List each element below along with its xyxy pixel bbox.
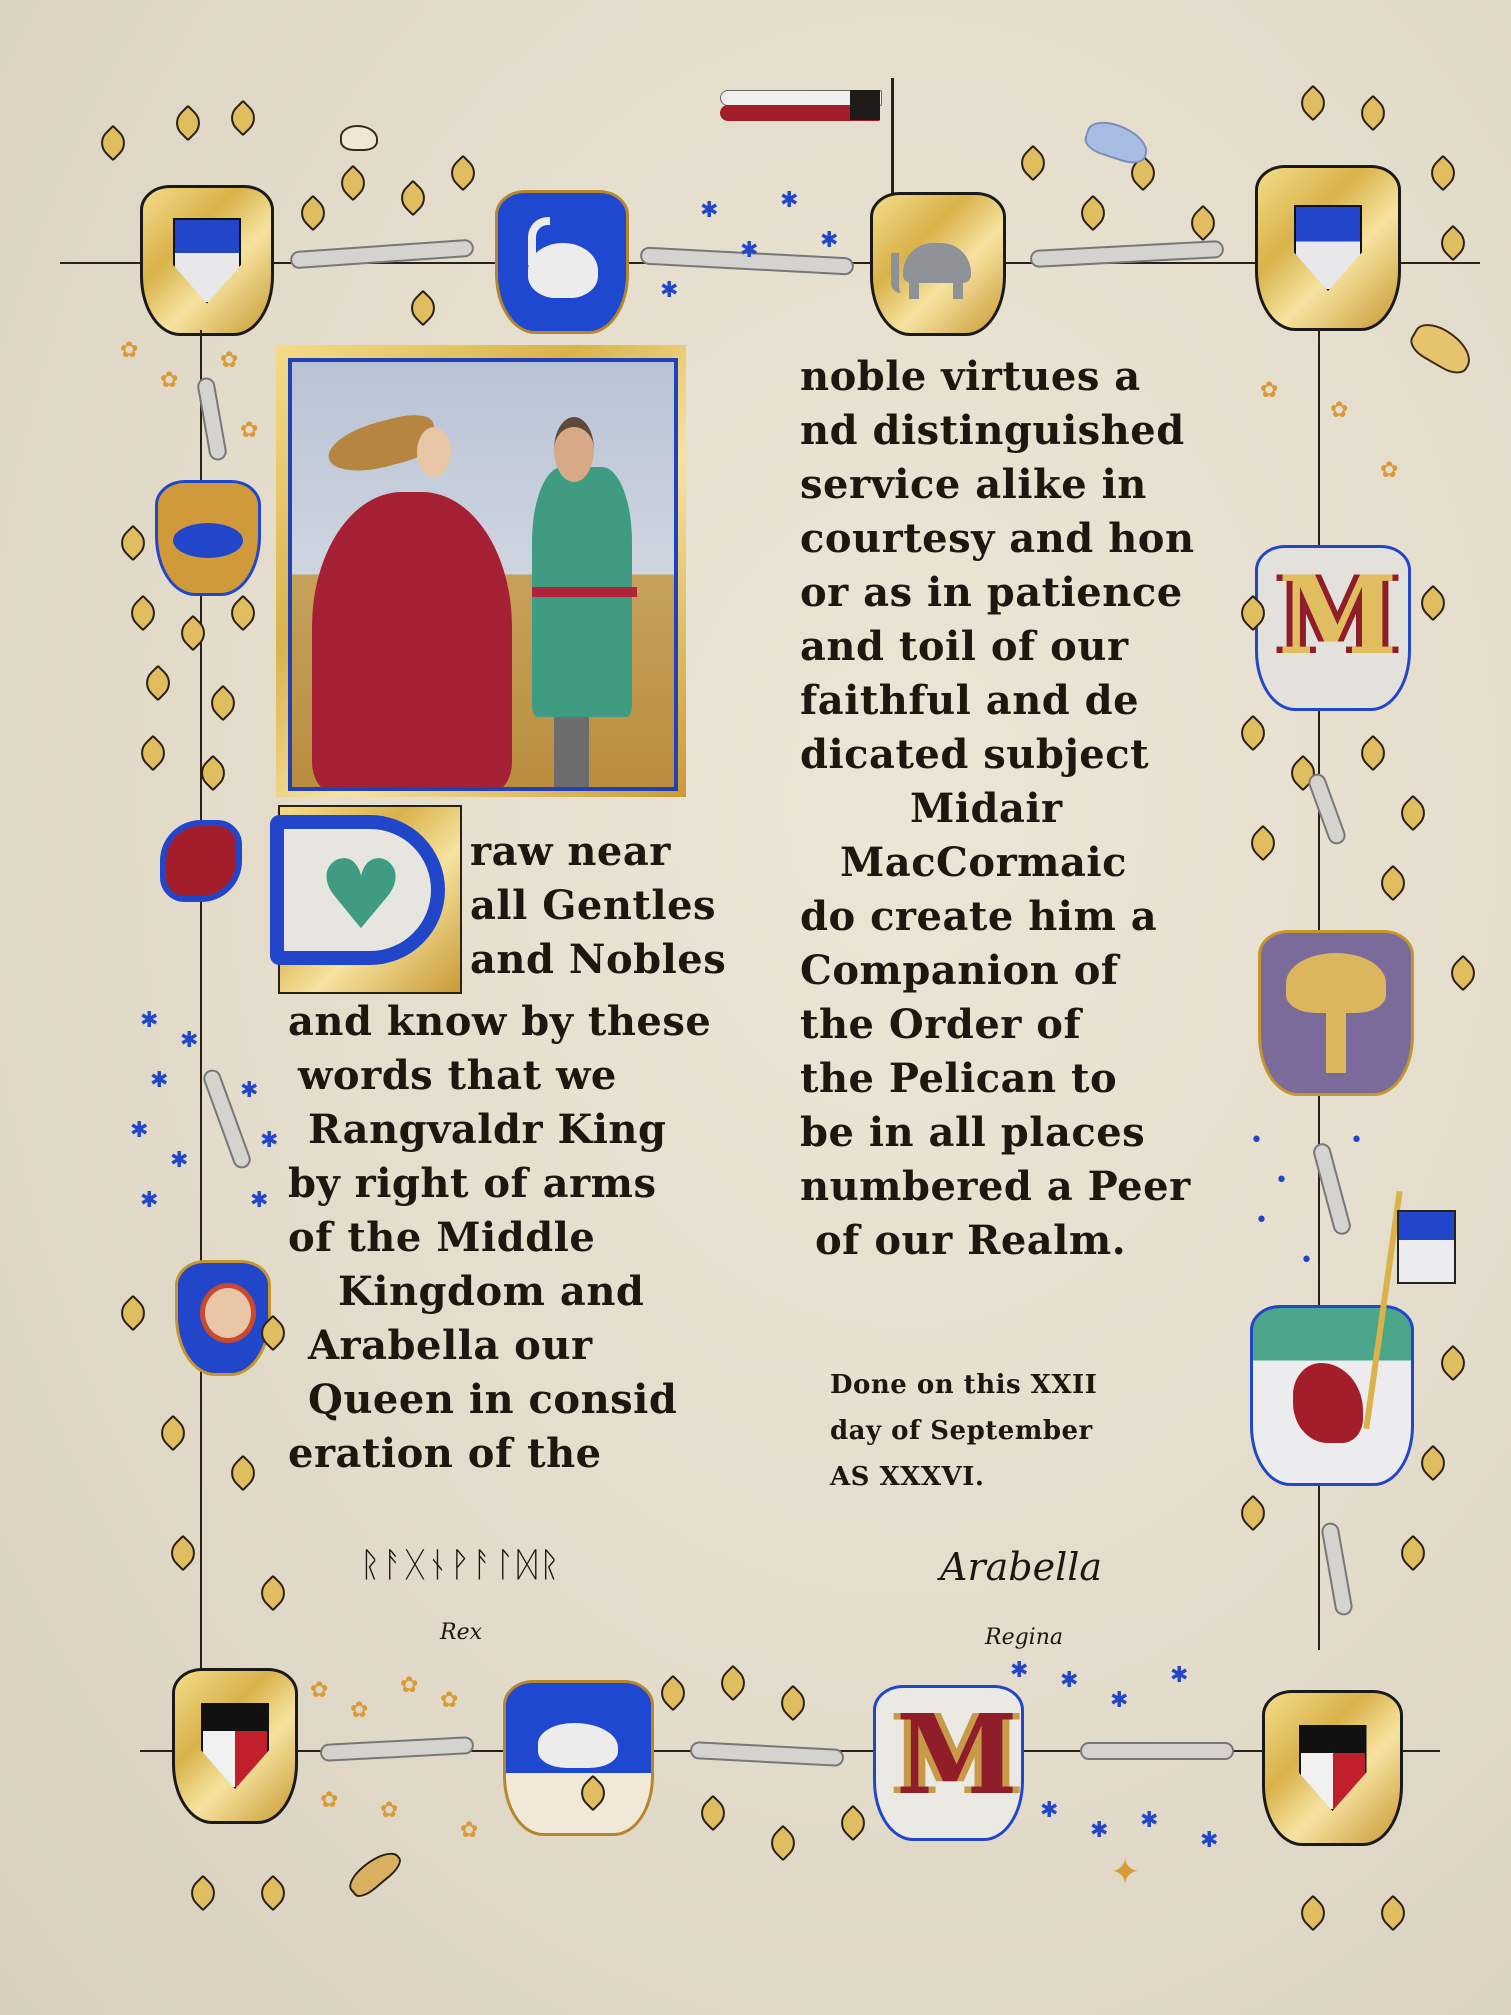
shield-bottom-right: [1262, 1690, 1403, 1846]
ivy-leaf-icon: [1295, 85, 1332, 122]
date-line: day of September: [830, 1408, 1097, 1454]
ivy-leaf-icon: [1245, 825, 1282, 862]
swan-panel: [495, 190, 629, 334]
blue-flower-icon: ✱: [260, 1130, 278, 1152]
recipient-name-line: Midair: [910, 782, 1195, 836]
orange-flower-icon: ✿: [160, 370, 178, 392]
blue-flower-icon: ✱: [1090, 1820, 1108, 1842]
blue-flower-icon: •: [1300, 1250, 1313, 1272]
text-line: noble virtues a: [800, 350, 1195, 404]
blue-flower-icon: •: [1250, 1130, 1263, 1152]
swan-icon: [538, 1723, 618, 1768]
date-line: Done on this XXII: [830, 1362, 1097, 1408]
pennant-flag-icon: [720, 85, 890, 135]
ivy-leaf-icon: [225, 100, 262, 137]
ivy-leaf-icon: [185, 1875, 222, 1912]
blue-flower-icon: ✱: [250, 1190, 268, 1212]
blue-flower-icon: ✱: [1140, 1810, 1158, 1832]
text-line: and toil of our: [800, 620, 1195, 674]
ivy-leaf-icon: [155, 1415, 192, 1452]
ivy-leaf-icon: [295, 195, 332, 232]
ribbon-scroll: [690, 1741, 845, 1767]
blue-flower-icon: •: [1275, 1170, 1288, 1192]
blue-flower-icon: ✱: [700, 200, 718, 222]
bird-icon: [1405, 316, 1478, 379]
text-line: dicated subject: [800, 728, 1195, 782]
banner-flag-icon: [1397, 1210, 1456, 1284]
text-line: of the Middle: [288, 1211, 711, 1265]
escutcheon-embattled-icon: [173, 218, 241, 304]
blue-flower-icon: •: [1350, 1130, 1363, 1152]
mermaid-panel: [155, 480, 261, 596]
ivy-leaf-icon: [115, 1295, 152, 1332]
ivy-leaf-icon: [1415, 585, 1452, 622]
ivy-leaf-icon: [255, 1875, 292, 1912]
wolf-panel: [1250, 1305, 1414, 1486]
text-line: courtesy and hon: [800, 512, 1195, 566]
orange-flower-icon: ✿: [1260, 380, 1278, 402]
ivy-leaf-icon: [1395, 1535, 1432, 1572]
blue-flower-icon: ✱: [1170, 1665, 1188, 1687]
text-line: Queen in consid: [308, 1373, 711, 1427]
text-line: words that we: [298, 1049, 711, 1103]
date-block: Done on this XXII day of September AS XX…: [830, 1362, 1097, 1500]
left-column-text: raw near all Gentles and Nobles: [470, 825, 726, 987]
text-line: Rangvaldr King: [308, 1103, 711, 1157]
text-line: nd distinguished: [800, 404, 1195, 458]
escutcheon-embattled-icon: [1294, 205, 1362, 291]
ivy-leaf-icon: [1445, 955, 1482, 992]
dragon-icon: [160, 820, 242, 902]
ivy-leaf-icon: [775, 1685, 812, 1722]
ivy-leaf-icon: [1185, 205, 1222, 242]
queen-title: Regina: [985, 1625, 1063, 1650]
text-line: do create him a: [800, 890, 1195, 944]
blue-flower-icon: ✱: [820, 230, 838, 252]
ivy-leaf-icon: [225, 1455, 262, 1492]
ribbon-scroll: [1306, 771, 1348, 847]
ivy-leaf-icon: [225, 595, 262, 632]
ivy-leaf-icon: [835, 1805, 872, 1842]
text-line: be in all places: [800, 1106, 1195, 1160]
lion-head-icon: [200, 1283, 256, 1343]
shield-top-left: [140, 185, 274, 336]
initial-letter-D: ♥: [270, 815, 445, 965]
ivy-leaf-icon: [765, 1825, 802, 1862]
text-line: faithful and de: [800, 674, 1195, 728]
text-line: Companion of: [800, 944, 1195, 998]
ivy-leaf-icon: [165, 1535, 202, 1572]
ivy-leaf-icon: [1355, 95, 1392, 132]
text-line: the Pelican to: [800, 1052, 1195, 1106]
ivy-leaf-icon: [1415, 1445, 1452, 1482]
ribbon-scroll: [1320, 1521, 1354, 1617]
ivy-leaf-icon: [255, 1575, 292, 1612]
blue-flower-icon: •: [1255, 1210, 1268, 1232]
blue-flower-icon: ✱: [780, 190, 798, 212]
ivy-leaf-icon: [1425, 155, 1462, 192]
orange-flower-icon: ✿: [440, 1690, 458, 1712]
right-column-text: noble virtues a nd distinguished service…: [800, 350, 1195, 1268]
ivy-leaf-icon: [135, 735, 172, 772]
monogram-M-icon: M: [1278, 562, 1398, 670]
orange-flower-icon: ✿: [1330, 400, 1348, 422]
ivy-leaf-icon: [1015, 145, 1052, 182]
blue-flower-icon: ✱: [180, 1030, 198, 1052]
ivy-leaf-icon: [95, 125, 132, 162]
ivy-leaf-icon: [1235, 1495, 1272, 1532]
blue-flower-icon: ✱: [1010, 1660, 1028, 1682]
blue-flower-icon: ✱: [1060, 1670, 1078, 1692]
bird-icon: [1081, 116, 1152, 168]
blue-flower-icon: ✱: [170, 1150, 188, 1172]
blue-flower-icon: ✱: [130, 1120, 148, 1142]
text-line: Arabella our: [308, 1319, 711, 1373]
text-line: all Gentles: [470, 879, 726, 933]
ribbon-scroll: [320, 1736, 475, 1762]
blue-flower-icon: ✱: [140, 1190, 158, 1212]
mermaid-icon: [173, 523, 243, 558]
monogram-M-icon: M: [896, 1700, 1018, 1810]
text-line: raw near: [470, 825, 726, 879]
shield-bottom-left: [172, 1668, 298, 1824]
swan-panel-bottom: [503, 1680, 654, 1836]
left-column-text-body: and know by these words that we Rangvald…: [288, 995, 711, 1481]
ivy-leaf-icon: [715, 1665, 752, 1702]
text-line: of our Realm.: [815, 1214, 1195, 1268]
blue-flower-icon: ✱: [140, 1010, 158, 1032]
text-line: numbered a Peer: [800, 1160, 1195, 1214]
ivy-leaf-icon: [1395, 795, 1432, 832]
ivy-leaf-icon: [125, 595, 162, 632]
miniature-painting: [288, 358, 678, 791]
orange-flower-icon: ✿: [120, 340, 138, 362]
tower-shield-icon: [201, 1703, 269, 1789]
date-line: AS XXXVI.: [830, 1454, 1097, 1500]
ivy-leaf-icon: [205, 685, 242, 722]
ribbon-scroll: [1080, 1742, 1234, 1760]
ivy-leaf-icon: [445, 155, 482, 192]
orange-flower-icon: ✿: [350, 1700, 368, 1722]
king-title: Rex: [440, 1620, 482, 1645]
ivy-leaf-icon: [1375, 865, 1412, 902]
ivy-leaf-icon: [115, 525, 152, 562]
orange-flower-icon: ✿: [400, 1675, 418, 1697]
orange-flower-icon: ✿: [1380, 460, 1398, 482]
ivy-leaf-icon: [1435, 1345, 1472, 1382]
ivy-leaf-icon: [335, 165, 372, 202]
blue-flower-icon: ✱: [740, 240, 758, 262]
blue-flower-icon: ✱: [1110, 1690, 1128, 1712]
orange-flower-icon: ✿: [460, 1820, 478, 1842]
ivy-leaf-icon: [1375, 1895, 1412, 1932]
lion-panel: [175, 1260, 271, 1376]
monogram-panel-bottom: M: [873, 1685, 1024, 1841]
tree-panel: [1258, 930, 1414, 1096]
blue-flower-icon: ✱: [1200, 1830, 1218, 1852]
butterfly-icon: ✦: [1110, 1855, 1160, 1895]
orange-flower-icon: ✿: [320, 1790, 338, 1812]
recipient-surname-line: MacCormaic: [840, 836, 1195, 890]
text-line: by right of arms: [288, 1157, 711, 1211]
ivy-leaf-icon: [1295, 1895, 1332, 1932]
ivy-leaf-icon: [1435, 225, 1472, 262]
text-line: eration of the: [288, 1427, 711, 1481]
ivy-leaf-icon: [695, 1795, 732, 1832]
ivy-leaf-icon: [405, 290, 442, 327]
text-line: Kingdom and: [338, 1265, 711, 1319]
ivy-leaf-icon: [1235, 715, 1272, 752]
wolf-icon: [1293, 1363, 1363, 1443]
text-line: service alike in: [800, 458, 1195, 512]
orange-flower-icon: ✿: [240, 420, 258, 442]
ribbon-scroll: [290, 239, 475, 270]
ivy-leaf-icon: [170, 105, 207, 142]
shield-top-right: [1255, 165, 1401, 331]
blue-flower-icon: ✱: [1040, 1800, 1058, 1822]
bird-icon: [340, 125, 378, 151]
monogram-panel-right: M: [1255, 545, 1411, 711]
orange-flower-icon: ✿: [380, 1800, 398, 1822]
text-line: the Order of: [800, 998, 1195, 1052]
text-line: and Nobles: [470, 933, 726, 987]
ivy-leaf-icon: [395, 180, 432, 217]
elephant-panel: [870, 192, 1006, 336]
ivy-leaf-icon: [1355, 735, 1392, 772]
bird-icon: [344, 1844, 406, 1902]
blue-flower-icon: ✱: [660, 280, 678, 302]
tower-shield-icon: [1299, 1725, 1367, 1811]
orange-flower-icon: ✿: [310, 1680, 328, 1702]
ivy-leaf-icon: [140, 665, 177, 702]
ivy-leaf-icon: [1075, 195, 1112, 232]
text-line: or as in patience: [800, 566, 1195, 620]
text-line: and know by these: [288, 995, 711, 1049]
woman-figure: [312, 492, 512, 791]
orange-flower-icon: ✿: [220, 350, 238, 372]
ivy-leaf-icon: [655, 1675, 692, 1712]
heart-icon: ♥: [318, 847, 404, 943]
king-signature-runes: ᚱᚨᚷᚾᚹᚨᛚᛞᚱ: [360, 1545, 562, 1585]
blue-flower-icon: ✱: [150, 1070, 168, 1092]
ivy-leaf-icon: [175, 615, 212, 652]
queen-signature: Arabella: [940, 1545, 1102, 1589]
blue-flower-icon: ✱: [240, 1080, 258, 1102]
